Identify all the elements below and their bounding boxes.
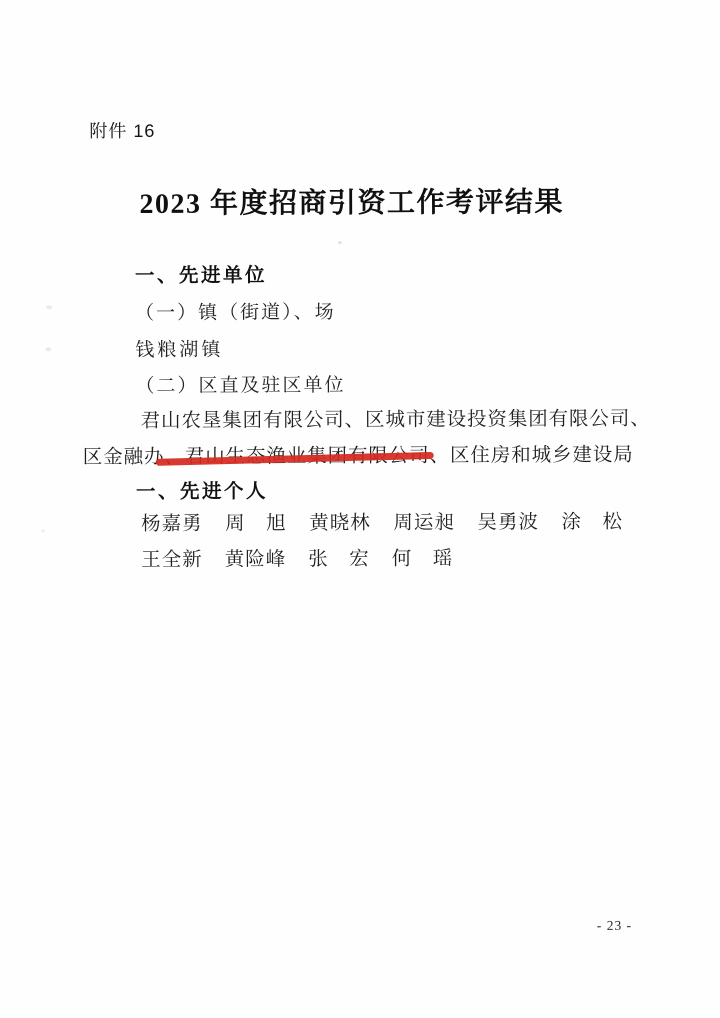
page-number: - 23 - xyxy=(597,918,632,934)
person-name: 黄晓林 xyxy=(309,507,371,535)
person-name: 杨嘉勇 xyxy=(141,508,203,536)
person-name: 何 瑶 xyxy=(392,543,454,571)
person-name: 张 宏 xyxy=(308,543,370,571)
document-content: 附件 16 2023 年度招商引资工作考评结果 一、先进单位 （一）镇（街道）、… xyxy=(0,0,720,1018)
scan-speck xyxy=(338,241,342,244)
scan-speck xyxy=(46,305,52,309)
names-row-1: 杨嘉勇 周 旭 黄晓林 周运昶 吴勇波 涂 松 xyxy=(141,506,623,536)
document-title: 2023 年度招商引资工作考评结果 xyxy=(0,179,712,222)
person-name: 黄险峰 xyxy=(225,543,287,571)
district-units-line1: 君山农垦集团有限公司、区城市建设投资集团有限公司、 xyxy=(141,403,651,433)
subsection-heading-district-units: （二）区直及驻区单位 xyxy=(135,370,345,398)
scanned-document-page: 附件 16 2023 年度招商引资工作考评结果 一、先进单位 （一）镇（街道）、… xyxy=(0,0,720,1018)
person-name: 涂 松 xyxy=(561,506,623,534)
scan-speck xyxy=(45,347,51,351)
district-units-line2-suffix: 、区住房和城乡建设局 xyxy=(430,445,634,467)
section-heading-advanced-units: 一、先进单位 xyxy=(135,259,267,288)
person-name: 王全新 xyxy=(141,544,203,572)
person-name: 周 旭 xyxy=(225,507,287,535)
town-name: 钱粮湖镇 xyxy=(135,335,223,362)
person-name: 吴勇波 xyxy=(477,506,539,534)
subsection-heading-towns: （一）镇（街道）、场 xyxy=(135,297,336,325)
attachment-label: 附件 16 xyxy=(89,117,155,143)
names-row-2: 王全新 黄险峰 张 宏 何 瑶 xyxy=(141,543,453,572)
scan-speck xyxy=(41,529,45,532)
section-heading-advanced-individuals: 一、先进个人 xyxy=(136,475,268,504)
person-name: 周运昶 xyxy=(393,507,455,535)
